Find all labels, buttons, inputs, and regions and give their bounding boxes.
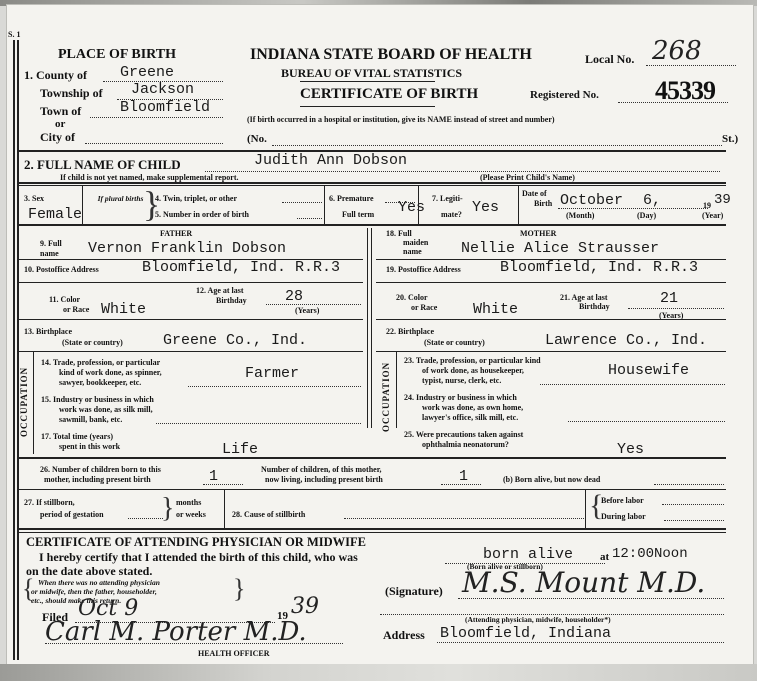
county-label: 1. County of (24, 68, 87, 83)
certificate-title: CERTIFICATE OF BIRTH (300, 86, 478, 103)
mother-trade-label-3: typist, nurse, clerk, etc. (422, 376, 501, 385)
father-occupation-label: OCCUPATION (19, 367, 29, 437)
local-no-label: Local No. (585, 52, 634, 67)
registered-no-value: 45339 (655, 76, 715, 106)
mother-trade-value: Housewife (608, 362, 689, 379)
children-dead-label: (b) Born alive, but now dead (503, 475, 600, 484)
birth-year: 39 (714, 192, 731, 208)
address-label: Address (383, 628, 425, 643)
rule (18, 351, 363, 352)
mother-industry-line (568, 421, 725, 422)
father-industry-line (156, 423, 361, 424)
rule (376, 351, 726, 352)
health-officer-label: HEALTH OFFICER (198, 649, 270, 658)
physician-signature: M.S. Mount M.D. (462, 566, 705, 599)
children-born-value: 1 (209, 468, 218, 485)
children-born-label-1: 26. Number of children born to this (40, 465, 161, 474)
mother-color-label-2: or Race (411, 303, 437, 312)
full-term-value: Yes (398, 199, 425, 216)
rule (18, 182, 726, 184)
mother-industry-label-2: work was done, as own home, (422, 403, 523, 412)
agency-title: INDIANA STATE BOARD OF HEALTH (250, 46, 532, 64)
mother-age-value: 21 (660, 290, 678, 307)
father-industry-label-1: 15. Industry or business in which (41, 395, 154, 404)
children-living-value: 1 (459, 468, 468, 485)
city-label: City of (40, 130, 75, 145)
gestation-label-2: period of gestation (40, 510, 104, 519)
town-label: Town of (40, 104, 81, 119)
child-name-line (205, 171, 720, 172)
hospital-note: (If birth occurred in a hospital or inst… (247, 115, 555, 124)
twin-line (282, 202, 322, 203)
father-age-value: 28 (285, 288, 303, 305)
divider (324, 186, 325, 224)
father-age-label-1: 12. Age at last (196, 286, 244, 295)
county-value: Greene (120, 64, 174, 81)
father-time-label-1: 17. Total time (years) (41, 432, 113, 441)
filed-year-value: 39 (291, 594, 319, 619)
brace: } (233, 575, 245, 603)
township-value: Jackson (131, 81, 194, 98)
attestation-at-label: at (600, 551, 609, 563)
mother-precaution-label-2: ophthalmia neonatorum? (422, 440, 509, 449)
father-birthplace-label: 13. Birthplace (24, 327, 72, 336)
rule (18, 319, 363, 320)
print-note: (Please Print Child's Name) (480, 173, 575, 182)
mother-color-value: White (473, 301, 518, 318)
father-address-label: 10. Postoffice Address (24, 265, 99, 274)
mother-name-label-3: name (403, 247, 422, 256)
left-border (13, 40, 15, 660)
twin-label: 4. Twin, triplet, or other (155, 194, 237, 203)
rule (18, 528, 726, 530)
father-trade-value: Farmer (245, 365, 299, 382)
father-trade-label-3: sawyer, bookkeeper, etc. (59, 378, 141, 387)
street-suffix: St.) (722, 133, 738, 145)
father-time-value: Life (222, 441, 258, 458)
legitimate-value: Yes (472, 199, 499, 216)
father-age-line (266, 304, 361, 305)
mother-address-value: Bloomfield, Ind. R.R.3 (500, 259, 698, 276)
divider (585, 490, 586, 528)
mother-industry-label-1: 24. Industry or business in which (404, 393, 517, 402)
plural-label: If plural births (93, 195, 148, 203)
father-color-label-1: 11. Color (49, 295, 80, 304)
year-prefix: 19 (703, 201, 711, 210)
during-labor-line (664, 520, 724, 521)
legitimate-label-1: 7. Legiti- (432, 194, 463, 203)
father-name-label-1: 9. Full (40, 239, 62, 248)
rule (18, 282, 363, 283)
left-border-inner (17, 40, 19, 660)
mother-precaution-label-1: 25. Were precautions taken against (404, 430, 523, 439)
birth-month: October (560, 192, 623, 209)
address-line (437, 642, 724, 643)
mother-precaution-value: Yes (617, 441, 644, 458)
mother-age-label-1: 21. Age at last (560, 293, 608, 302)
place-of-birth-title: PLACE OF BIRTH (58, 47, 176, 63)
father-trade-line (188, 386, 361, 387)
scan-bottom-edge (0, 664, 757, 681)
father-industry-label-3: sawmill, bank, etc. (59, 415, 122, 424)
children-living-label-1: Number of children, of this mother, (261, 465, 382, 474)
before-labor-line (662, 504, 724, 505)
birth-day: 6, (643, 192, 661, 209)
mother-name-value: Nellie Alice Strausser (461, 240, 659, 257)
premature-label: 6. Premature (329, 194, 374, 203)
divider (224, 490, 225, 528)
township-label: Township of (40, 86, 103, 101)
rule (18, 489, 726, 490)
rule (18, 224, 726, 226)
father-trade-label-1: 14. Trade, profession, or particular (41, 358, 160, 367)
mother-trade-label-1: 23. Trade, profession, or particular kin… (404, 356, 541, 365)
street-no-label: (No. (247, 133, 267, 145)
sex-value: Female (28, 206, 82, 223)
mother-section-title: MOTHER (520, 229, 556, 238)
occupation-divider (396, 352, 397, 428)
father-name-value: Vernon Franklin Dobson (88, 240, 286, 257)
rule (376, 282, 726, 283)
signature-caption: (Attending physician, midwife, household… (465, 616, 611, 624)
child-name-label: 2. FULL NAME OF CHILD (24, 157, 181, 173)
mother-birthplace-sub: (State or country) (424, 338, 485, 347)
gestation-unit-1: months (176, 498, 201, 507)
mother-age-label-2: Birthday (579, 302, 610, 311)
mother-industry-label-3: lawyer's office, silk mill, etc. (422, 413, 518, 422)
attestation-title: CERTIFICATE OF ATTENDING PHYSICIAN OR MI… (26, 535, 366, 550)
mother-birthplace-value: Lawrence Co., Ind. (545, 332, 707, 349)
health-officer-signature: Carl M. Porter M.D. (45, 617, 307, 647)
children-dead-line (654, 484, 724, 485)
center-divider (367, 228, 368, 428)
rule (18, 532, 726, 533)
attestation-line-2: on the date above stated. (26, 564, 152, 579)
rule (300, 106, 435, 107)
stillbirth-cause-line (344, 518, 584, 519)
attestation-note-2: or midwife, then the father, householder… (31, 588, 157, 596)
child-name-note: If child is not yet named, make suppleme… (60, 173, 239, 182)
physician-address-value: Bloomfield, Indiana (440, 625, 611, 642)
rule (18, 185, 726, 186)
father-color-label-2: or Race (63, 305, 89, 314)
child-name-value: Judith Ann Dobson (254, 152, 407, 169)
city-line (85, 143, 223, 144)
mother-name-label-2: maiden (403, 238, 428, 247)
father-time-label-2: spent in this work (59, 442, 120, 451)
gestation-unit-2: or weeks (176, 510, 206, 519)
rule (18, 457, 726, 459)
mother-address-label: 19. Postoffice Address (386, 265, 461, 274)
mother-name-label-1: 18. Full (386, 229, 412, 238)
father-birthplace-sub: (State or country) (62, 338, 123, 347)
attestation-time-value: 12:00Noon (612, 546, 688, 562)
order-label: 5. Number in order of birth (155, 210, 249, 219)
mother-birthplace-label: 22. Birthplace (386, 327, 434, 336)
signature-label: (Signature) (385, 584, 443, 599)
gestation-line (128, 518, 163, 519)
date-label-1: Date of (522, 189, 547, 198)
town-line (90, 117, 223, 118)
father-birthplace-value: Greene Co., Ind. (163, 332, 307, 349)
mother-color-label-1: 20. Color (396, 293, 428, 302)
father-color-value: White (101, 301, 146, 318)
gestation-label-1: 27. If stillborn, (24, 498, 75, 507)
rule (376, 319, 726, 320)
center-divider (371, 228, 372, 428)
father-years-caption: (Years) (295, 306, 319, 315)
mother-occupation-label: OCCUPATION (381, 362, 391, 432)
father-industry-label-2: work was done, as silk mill, (59, 405, 153, 414)
divider (418, 186, 419, 224)
father-name-label-2: name (40, 249, 59, 258)
mother-trade-label-2: of work done, as housekeeper, (422, 366, 524, 375)
date-label-2: Birth (534, 199, 552, 208)
attestation-note-1: When there was no attending physician (38, 579, 160, 587)
month-caption: (Month) (566, 211, 594, 220)
father-trade-label-2: kind of work done, as spinner, (59, 368, 162, 377)
form-id: S. 1 (8, 30, 20, 39)
mother-trade-line (540, 384, 725, 385)
bureau-title: BUREAU OF VITAL STATISTICS (281, 66, 462, 81)
town-value: Bloomfield (120, 99, 210, 116)
during-labor-label: During labor (601, 512, 646, 521)
stillbirth-cause-label: 28. Cause of stillbirth (232, 510, 305, 519)
before-labor-label: Before labor (601, 496, 644, 505)
or-label: or (55, 118, 65, 130)
year-caption: (Year) (702, 211, 723, 220)
order-line (297, 218, 322, 219)
registered-no-label: Registered No. (530, 89, 599, 101)
day-caption: (Day) (637, 211, 656, 220)
brace: } (161, 495, 174, 523)
father-section-title: FATHER (160, 229, 192, 238)
street-line (272, 145, 722, 146)
attestation-status-value: born alive (483, 546, 573, 563)
father-age-label-2: Birthday (216, 296, 247, 305)
mother-age-line (628, 308, 724, 309)
father-address-value: Bloomfield, Ind. R.R.3 (142, 259, 340, 276)
sex-label: 3. Sex (24, 194, 44, 203)
occupation-divider (33, 352, 34, 454)
rule (300, 81, 435, 82)
legitimate-label-2: mate? (441, 210, 462, 219)
attestation-line-1: I hereby certify that I attended the bir… (39, 550, 358, 565)
children-living-label-2: now living, including present birth (265, 475, 383, 484)
divider (518, 186, 519, 224)
local-no-value: 268 (652, 36, 702, 66)
full-term-label: Full term (342, 210, 374, 219)
children-born-label-2: mother, including present birth (44, 475, 151, 484)
divider (82, 186, 83, 224)
